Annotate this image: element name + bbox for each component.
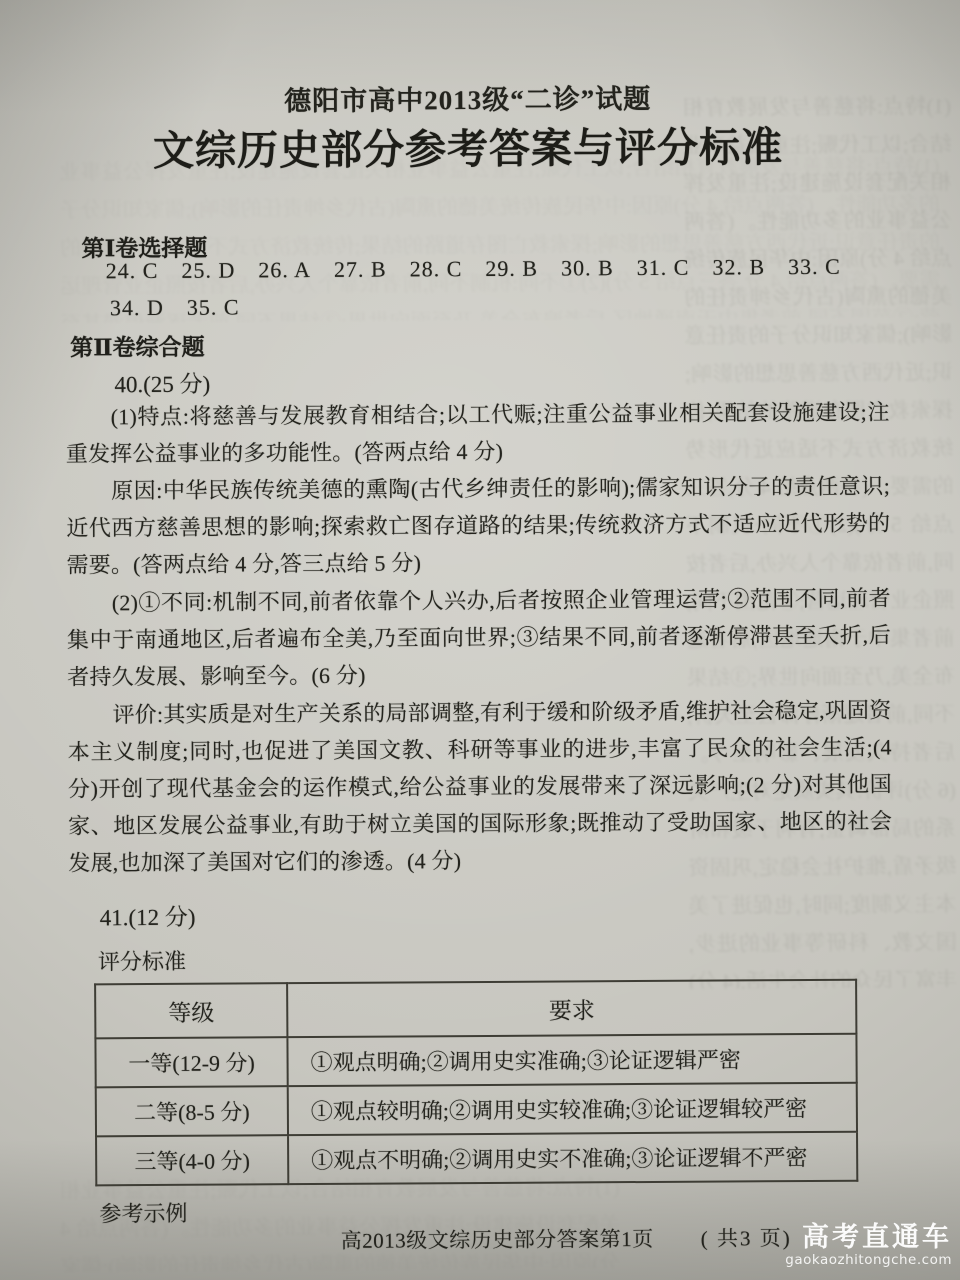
answer-25: 25. D <box>181 257 235 283</box>
rubric-grade-2: 二等(8-5 分) <box>96 1086 288 1136</box>
answer-35: 35. C <box>187 294 240 320</box>
answer-31: 31. C <box>637 255 690 281</box>
rubric-header-row: 等级 要求 <box>95 980 856 1039</box>
answer-34: 34. D <box>110 295 164 321</box>
q40-answer-evaluation: 评价:其实质是对生产关系的局部调整,有利于缓和阶级矛盾,维护社会稳定,巩固资本主… <box>67 691 892 881</box>
answer-33: 33. C <box>788 254 841 280</box>
table-row: 一等(12-9 分) ①观点明确;②调用史实准确;③论证逻辑严密 <box>95 1034 856 1088</box>
document-content: 德阳市高中2013级“二诊”试题 文综历史部分参考答案与评分标准 第Ⅰ卷选择题 … <box>0 0 960 1280</box>
answer-28: 28. C <box>410 256 463 282</box>
answer-26: 26. A <box>258 257 311 283</box>
scoring-rubric-table: 等级 要求 一等(12-9 分) ①观点明确;②调用史实准确;③论证逻辑严密 二… <box>94 979 858 1187</box>
question-41-label: 41.(12 分) <box>100 899 196 933</box>
scanned-answer-sheet-page: (1)特点:将慈善与发展教育相结合;以工代赈;注重公益事业相关配套设施建设;注重… <box>0 0 960 1280</box>
q40-answer-features: (1)特点:将慈善与发展教育相结合;以工代赈;注重公益事业相关配套设施建设;注重… <box>66 393 890 472</box>
footer-page-info: 高2013级文综历史部分答案第1页 <box>341 1223 654 1255</box>
rubric-grade-1: 一等(12-9 分) <box>95 1037 287 1087</box>
rubric-grade-3: 三等(4-0 分) <box>96 1135 288 1185</box>
section-2-heading: 第Ⅱ卷综合题 <box>70 329 205 363</box>
rubric-requirement-1: ①观点明确;②调用史实准确;③论证逻辑严密 <box>287 1034 856 1086</box>
q40-answer-differences: (2)①不同:机制不同,前者依靠个人兴办,后者按照企业管理运营;②范围不同,前者… <box>67 579 892 695</box>
rubric-col-grade: 等级 <box>95 983 287 1038</box>
rubric-requirement-2: ①观点较明确;②调用史实较准确;③论证逻辑较严密 <box>288 1083 857 1135</box>
question-40-label: 40.(25 分) <box>114 366 210 400</box>
rubric-col-requirement: 要求 <box>287 980 856 1037</box>
answer-27: 27. B <box>334 257 387 283</box>
example-heading: 参考示例 <box>99 1197 187 1229</box>
table-row: 二等(8-5 分) ①观点较明确;②调用史实较准确;③论证逻辑较严密 <box>96 1083 857 1137</box>
answer-32: 32. B <box>712 254 765 280</box>
q40-answer-reasons: 原因:中华民族传统美德的熏陶(古代乡绅责任的影响);儒家知识分子的责任意识;近代… <box>66 467 891 583</box>
answer-24: 24. C <box>106 258 159 284</box>
page-title: 文综历史部分参考答案与评分标准 <box>0 113 939 178</box>
rubric-requirement-3: ①观点不明确;②调用史实不准确;③论证逻辑不严密 <box>288 1132 857 1184</box>
answer-30: 30. B <box>561 255 614 281</box>
table-row: 三等(4-0 分) ①观点不明确;②调用史实不准确;③论证逻辑不严密 <box>96 1132 857 1186</box>
choice-answers-row-1: 24. C 25. D 26. A 27. B 28. C 29. B 30. … <box>106 254 841 284</box>
rubric-heading: 评分标准 <box>98 945 186 977</box>
choice-answers-row-2: 34. D 35. C <box>110 294 240 321</box>
footer-total-pages: ( 共3 页) <box>701 1222 792 1253</box>
answer-29: 29. B <box>485 256 538 282</box>
